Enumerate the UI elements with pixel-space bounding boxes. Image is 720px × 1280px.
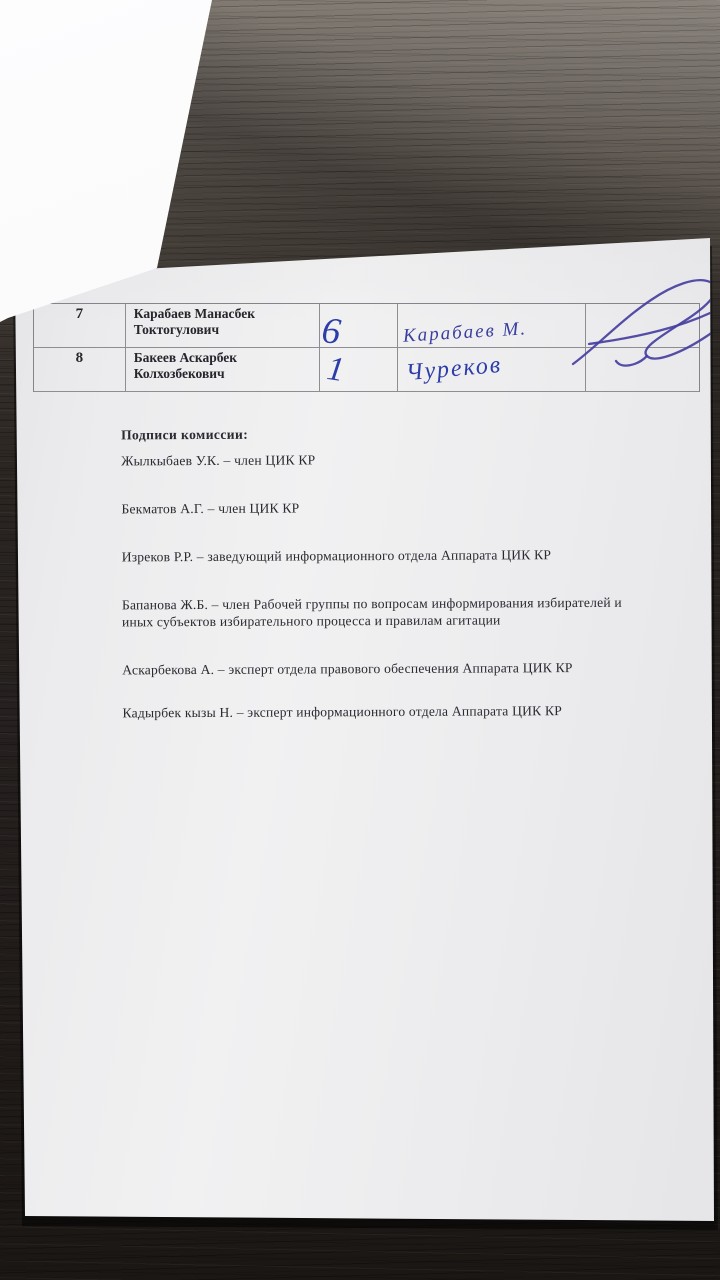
row-name-cell: Бакеев Аскарбек Колхозбекович	[126, 348, 320, 391]
row-name-cell: Карабаев Манасбек Токтогулович	[126, 304, 320, 347]
row-number-cell: 8	[34, 348, 126, 391]
commission-signatures-section: Подписи комиссии: Жылкыбаев У.К. – член …	[121, 425, 661, 428]
commission-member-line: Бапанова Ж.Б. – член Рабочей группы по в…	[122, 595, 627, 631]
commission-member-line: Изреков Р.Р. – заведующий информационног…	[122, 547, 552, 566]
row-signature-cell	[398, 348, 586, 391]
photo-scene: 7 Карабаев Манасбек Токтогулович 8 Бакее…	[0, 0, 720, 1280]
commission-member-line: Бекматов А.Г. – член ЦИК КР	[121, 500, 299, 518]
commission-member-line: Жылкыбаев У.К. – член ЦИК КР	[121, 452, 315, 470]
row-number-cell: 7	[34, 304, 126, 347]
commission-member-line: Аскарбекова А. – эксперт отдела правовог…	[122, 660, 572, 679]
row-signature-cell	[398, 304, 586, 347]
row-count-cell	[320, 348, 398, 391]
row-count-cell	[320, 304, 398, 347]
commission-member-line: Кадырбек кызы Н. – эксперт информационно…	[122, 703, 562, 722]
signature-scrawl	[567, 274, 720, 372]
signatures-heading: Подписи комиссии:	[121, 427, 248, 444]
results-table: 7 Карабаев Манасбек Токтогулович 8 Бакее…	[33, 303, 700, 392]
